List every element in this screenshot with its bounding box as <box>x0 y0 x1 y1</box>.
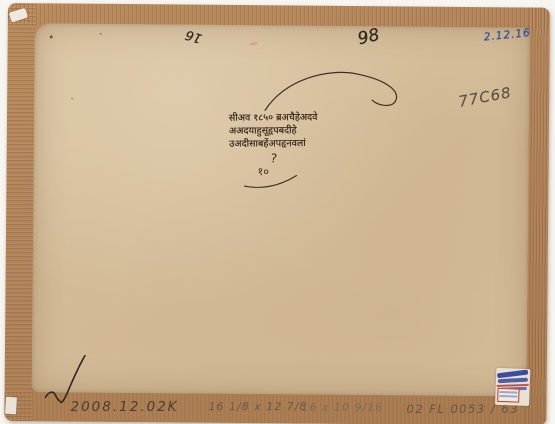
sticker-red-box <box>497 388 519 403</box>
paper-speck <box>50 35 53 38</box>
paper-speck <box>71 98 73 100</box>
top-center-numeral: 98 <box>356 25 382 49</box>
blue-ink-notation: 2.12.16 <box>483 27 531 43</box>
top-left-numeral: 16 <box>184 26 204 45</box>
tape-fragment-bottom-left <box>5 397 17 415</box>
bottom-edge-dimensions: 16 1/8 x 12 7/8 <box>208 400 307 413</box>
sticker-blue-scribble <box>498 378 528 384</box>
paper-speck <box>100 33 102 35</box>
bottom-edge-date-code: 2008.12.02K <box>70 399 178 415</box>
backing-board: 16 98 2.12.16 77C68 सीअव १८५० ब्रअचैहेअद… <box>4 3 550 424</box>
photo-backdrop: 16 98 2.12.16 77C68 सीअव १८५० ब्रअचैहेअद… <box>0 0 555 424</box>
inscription-line: अअदयाहुसूहृपबदीहे <box>229 124 318 138</box>
inscription-line: सीअव १८५० ब्रअचैहेअदवे <box>229 111 318 125</box>
inscription-query-mark: ? <box>270 151 278 166</box>
label-sticker <box>495 368 530 406</box>
red-smudge <box>249 41 257 46</box>
verso-paper: 16 98 2.12.16 77C68 सीअव १८५० ब्रअचैहेअद… <box>32 23 530 396</box>
inscription-underline-curve <box>241 172 301 191</box>
pencil-notation: 77C68 <box>457 83 513 110</box>
inscription-line: उअदीसाबहेंअपहृनवलां <box>229 137 318 151</box>
inscription-block: सीअव १८५० ब्रअचैहेअदवे अअदयाहुसूहृपबदीहे… <box>229 111 318 151</box>
bottom-edge-dimensions-alt: 16 x 10 9/16 <box>301 401 383 414</box>
